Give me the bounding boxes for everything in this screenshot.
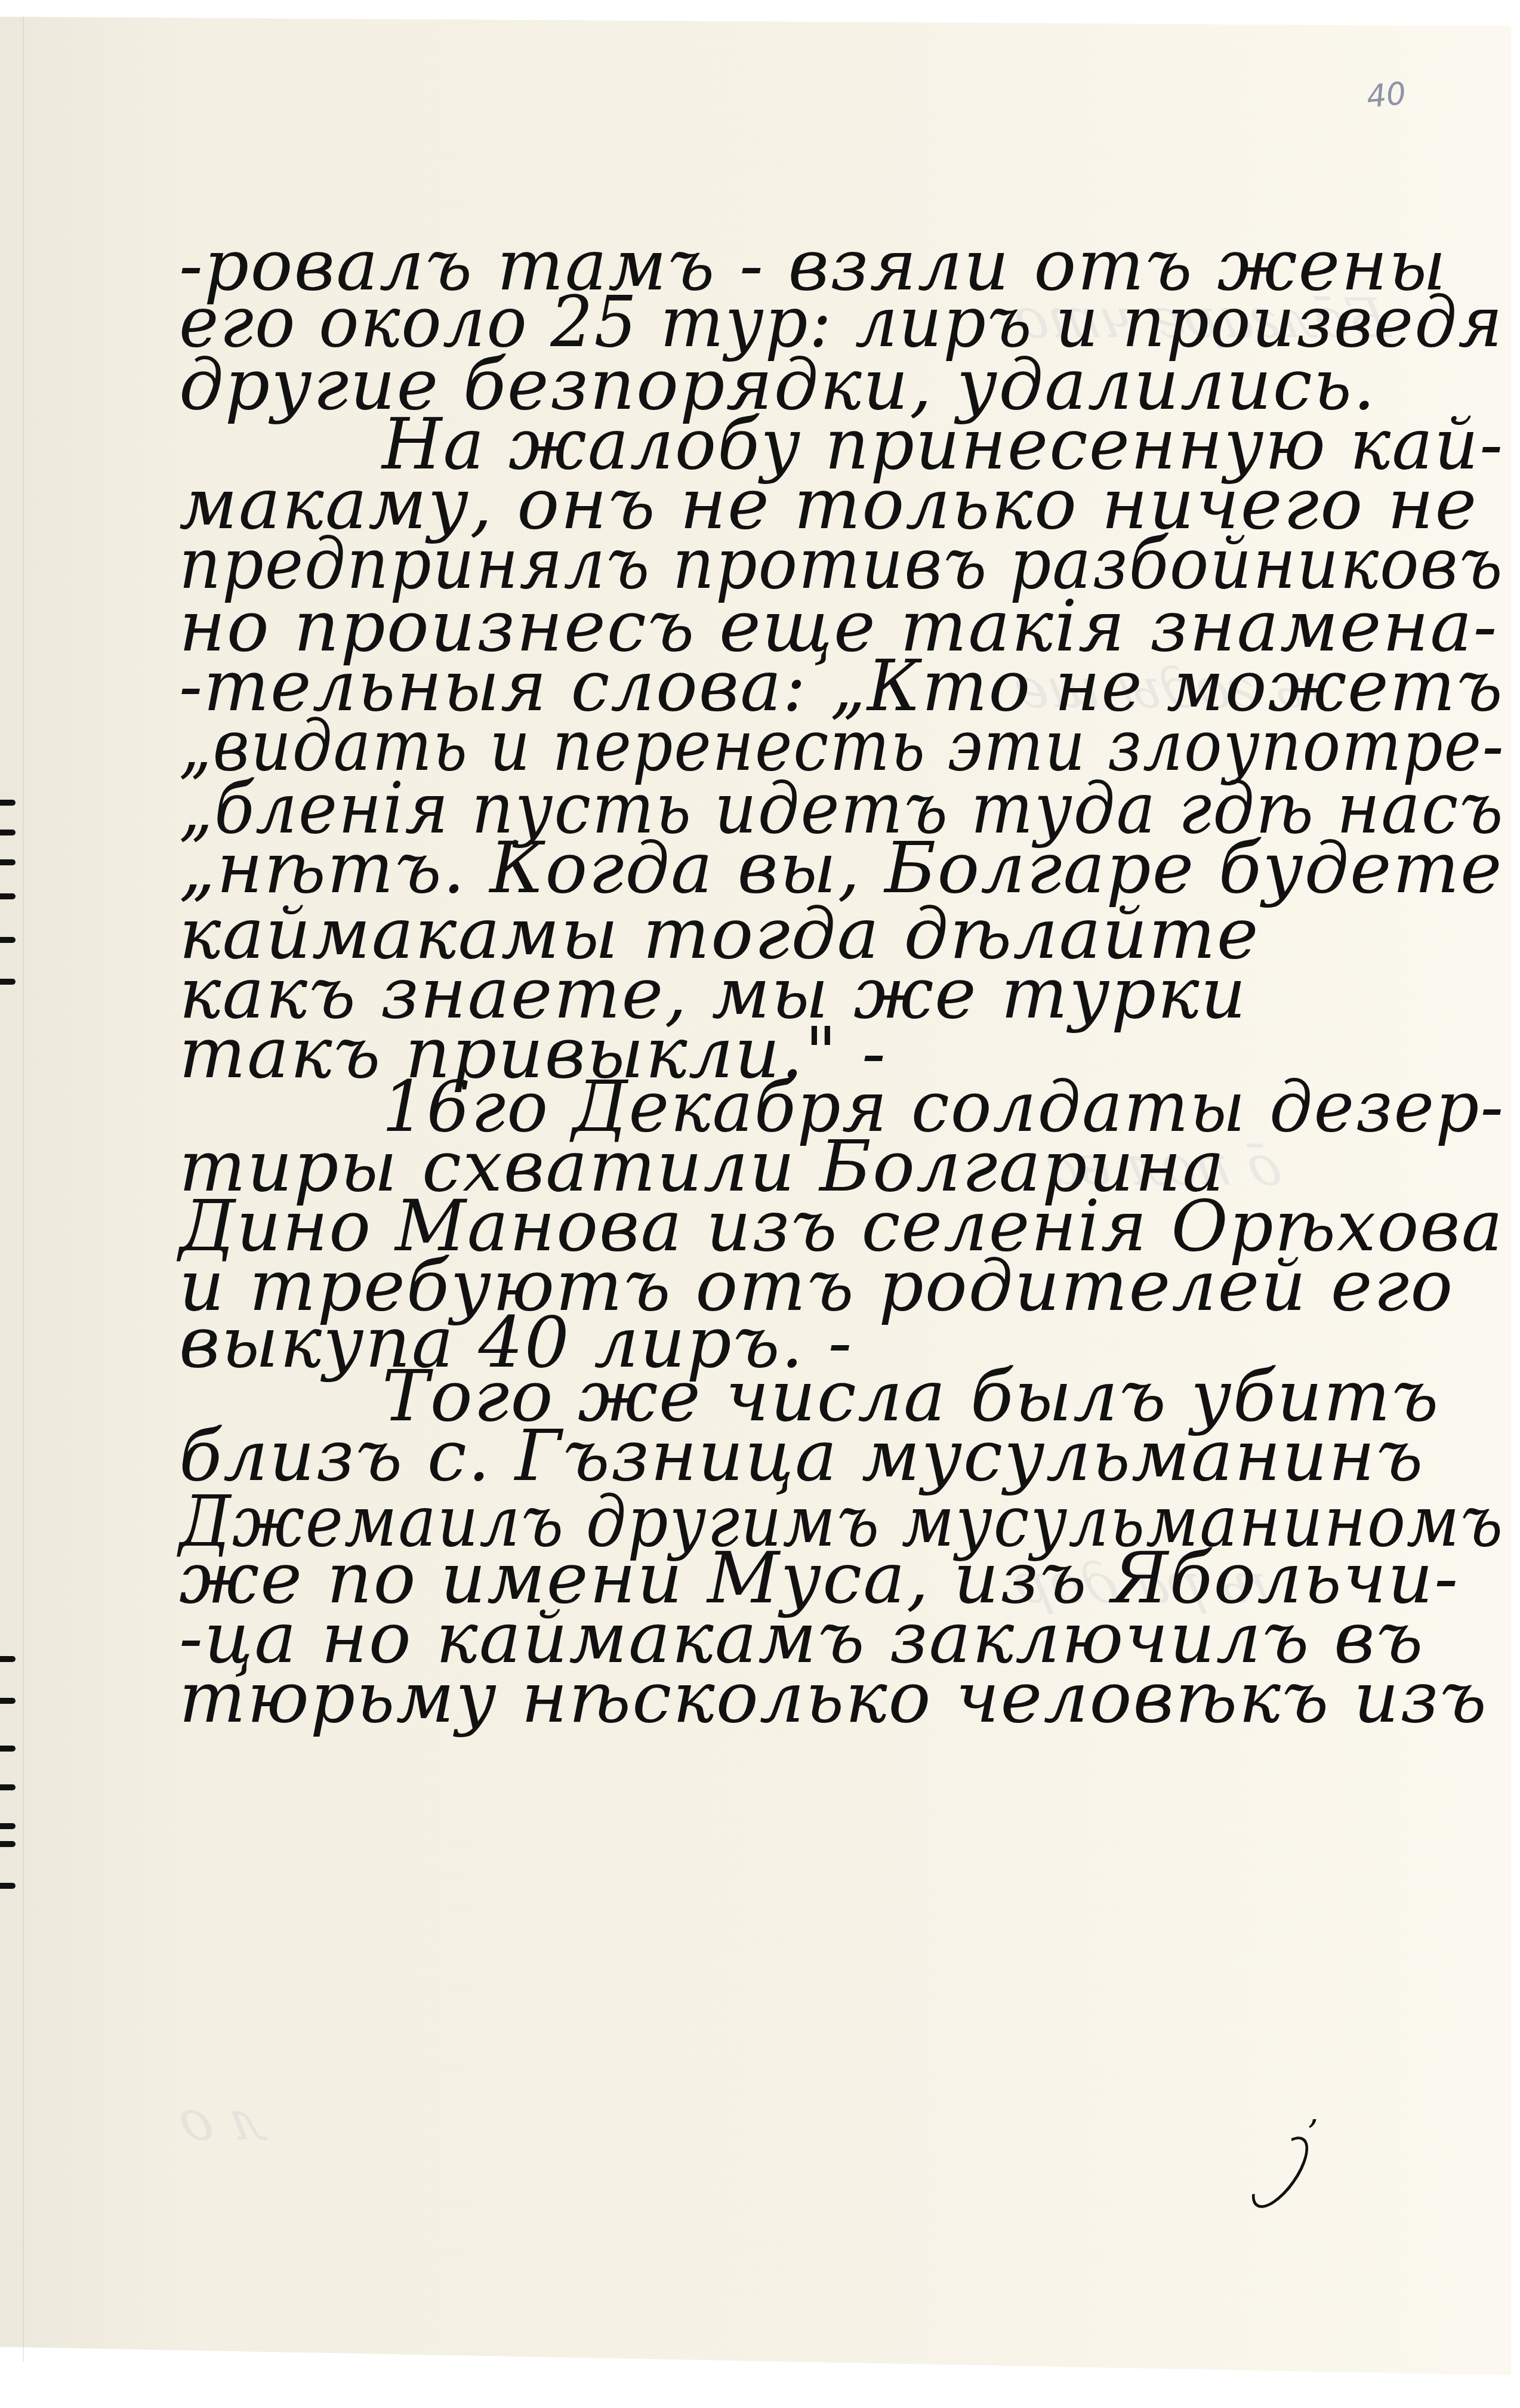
margin-fragment (0, 1841, 16, 1847)
margin-fragment (0, 1883, 16, 1889)
page-number: 40 (1365, 76, 1408, 116)
page-fold-shadow (23, 17, 24, 2362)
margin-fragment (0, 830, 16, 835)
text-line-25: тюрьму нѣсколько человѣкъ изъ (179, 1662, 1488, 1732)
margin-fragment (0, 937, 16, 943)
margin-fragment (0, 1698, 16, 1704)
closing-flourish-tick-icon: ’ (1307, 2113, 1318, 2154)
margin-fragment (0, 1823, 16, 1829)
margin-fragment (0, 1746, 16, 1752)
margin-fragment (0, 859, 16, 865)
margin-fragment (0, 979, 16, 985)
margin-fragment (0, 1656, 16, 1662)
margin-fragment (0, 1784, 16, 1790)
margin-fragment (0, 800, 16, 806)
margin-fragment (0, 893, 16, 899)
